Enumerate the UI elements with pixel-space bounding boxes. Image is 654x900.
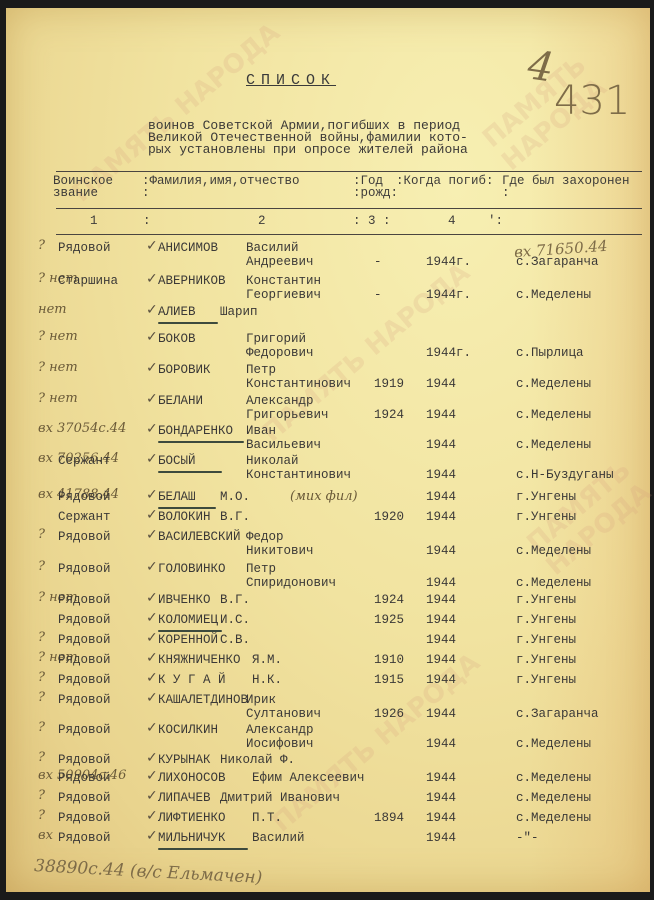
row-surname: БЕЛАНИ [158,395,203,408]
row-patronymic: Георгиевич [246,289,321,302]
row-death: 1944 [426,378,456,391]
row-burial: с.Меделены [516,409,591,422]
row-given-name: Ирик [246,694,276,707]
row-surname: ЛИПАЧЕВ [158,792,211,805]
row-note: ? [38,238,45,253]
row-death: 1944 [426,772,456,785]
row-given-name: Григорий [246,333,306,346]
row-death: 1944 [426,832,456,845]
header-name: :Фамилия,имя,отчество : [142,175,300,199]
row-surname: БОНДАРЕНКО [158,425,233,438]
row-burial: с.Н-Буздуганы [516,469,614,482]
numbers-rule [56,234,642,235]
row-rank: Сержант [58,455,111,468]
check-mark-icon: ✓ [146,391,158,407]
header-burial: Где был захоронен : [502,175,630,199]
row-given-name: В.Г. [220,594,250,607]
check-mark-icon: ✓ [146,768,158,784]
row-surname: АЛИЕВ [158,306,196,319]
row-death: 1944 [426,674,456,687]
row-surname: АНИСИМОВ [158,242,218,255]
row-burial: г.Унгены [516,654,576,667]
row-rank: Рядовой [58,491,111,504]
row-note: нет [38,302,67,317]
row-patronymic: Спиридонович [246,577,336,590]
check-mark-icon: ✓ [146,487,158,503]
check-mark-icon: ✓ [146,750,158,766]
check-mark-icon: ✓ [146,451,158,467]
row-rank: Рядовой [58,654,111,667]
colnum-sep: ': [488,215,503,227]
check-mark-icon: ✓ [146,271,158,287]
row-birth-year: 1894 [374,812,404,825]
row-rank: Рядовой [58,792,111,805]
check-mark-icon: ✓ [146,630,158,646]
row-birth-year: 1924 [374,409,404,422]
row-given-name: Иван [246,425,276,438]
row-burial: г.Унгены [516,614,576,627]
row-burial: с.Меделены [516,439,591,452]
row-given-name: Федор [246,531,284,544]
row-patronymic: Федорович [246,347,314,360]
row-given-name: Петр [246,563,276,576]
row-birth-year: 1919 [374,378,404,391]
row-surname: ЛИФТИЕНКО [158,812,226,825]
header-death: :Когда погиб: [396,175,494,187]
row-death: 1944 [426,634,456,647]
row-death: 1944 [426,577,456,590]
row-note: ? нет [38,329,78,344]
row-surname: ВАСИЛЕВСКИЙ [158,531,241,544]
row-patronymic: Григорьевич [246,409,329,422]
row-birth-year: 1926 [374,708,404,721]
row-patronymic: Иосифович [246,738,314,751]
colnum-4: 4 [448,215,456,227]
check-mark-icon: ✓ [146,527,158,543]
row-surname: ВОЛОКИН [158,511,211,524]
row-given-name: В.Г. [220,511,250,524]
check-mark-icon: ✓ [146,670,158,686]
row-rank: Рядовой [58,634,111,647]
row-surname: КАШАЛЕТДИНОВ [158,694,248,707]
row-given-name: Николай [246,455,299,468]
row-surname: ЛИХОНОСОВ [158,772,226,785]
row-surname: ИВЧЕНКО [158,594,211,607]
row-given-name: Василий [246,242,299,255]
sheet-number: 431 [554,78,630,124]
row-burial: с.Меделены [516,772,591,785]
row-note: ? [38,670,45,685]
handwritten-bottom-ref: 38890с.44 (в/с Ельмачен) [34,856,263,888]
row-burial: г.Унгены [516,511,576,524]
row-rank: Рядовой [58,674,111,687]
colnum-sep: : [143,215,151,227]
row-birth-year: 1925 [374,614,404,627]
row-surname: ГОЛОВИНКО [158,563,226,576]
header-birth-year: :Год :рожд: [353,175,398,199]
check-mark-icon: ✓ [146,507,158,523]
row-burial: с.Загаранча [516,708,599,721]
row-note: ? [38,630,45,645]
colnum-2: 2 [258,215,266,227]
row-rank: Рядовой [58,531,111,544]
row-burial: с.Загаранча [516,256,599,269]
row-rank: Рядовой [58,754,111,767]
row-patronymic: Васильевич [246,439,321,452]
row-rank: Рядовой [58,614,111,627]
check-mark-icon: ✓ [146,788,158,804]
ink-underline [158,848,248,850]
row-patronymic: Султанович [246,708,321,721]
row-surname: АВЕРНИКОВ [158,275,226,288]
row-burial: с.Пырлица [516,347,584,360]
row-surname: К У Г А Й [158,674,226,687]
page-top-number: 4 [525,42,557,91]
row-death: 1944 [426,812,456,825]
row-note: ? [38,559,45,574]
row-note: ? [38,808,45,823]
document-subtitle: воинов Советской Армии,погибших в период… [148,120,468,156]
row-surname: МИЛЬНИЧУК [158,832,226,845]
check-mark-icon: ✓ [146,559,158,575]
row-burial: г.Унгены [516,491,576,504]
header-rank: Воинское звание [53,175,113,199]
row-burial: -"- [516,832,539,845]
row-rank: Старшина [58,275,118,288]
row-note: вх [38,828,53,843]
check-mark-icon: ✓ [146,610,158,626]
row-surname: КОЛОМИЕЦ [158,614,218,627]
row-surname: КНЯЖНИЧЕНКО [158,654,241,667]
check-mark-icon: ✓ [146,720,158,736]
row-death: 1944 [426,614,456,627]
row-given-name: П.Т. [252,812,282,825]
row-rank: Рядовой [58,724,111,737]
row-death: 1944 [426,594,456,607]
row-death: 1944 [426,511,456,524]
row-death: 1944 [426,708,456,721]
row-death: 1944 [426,738,456,751]
row-patronymic: Константинович [246,378,351,391]
row-death: 1944 [426,792,456,805]
row-death: 1944г. [426,289,471,302]
check-mark-icon: ✓ [146,360,158,376]
check-mark-icon: ✓ [146,302,158,318]
row-given-name: Шарип [220,306,258,319]
row-given-name: Н.К. [252,674,282,687]
ink-underline [158,441,244,443]
row-surname: КОСИЛКИН [158,724,218,737]
row-rank: Рядовой [58,242,111,255]
row-birth-year: 1920 [374,511,404,524]
check-mark-icon: ✓ [146,590,158,606]
row-rank: Рядовой [58,812,111,825]
row-rank: Сержант [58,511,111,524]
ink-underline [158,322,218,324]
row-given-name: Константин [246,275,321,288]
row-death: 1944г. [426,347,471,360]
check-mark-icon: ✓ [146,238,158,254]
check-mark-icon: ✓ [146,828,158,844]
ink-underline [158,630,222,632]
row-given-name: М.О. [220,491,250,504]
row-given-name: С.В. [220,634,250,647]
row-given-name: Николай Ф. [220,754,295,767]
check-mark-icon: ✓ [146,329,158,345]
check-mark-icon: ✓ [146,650,158,666]
table-top-rule [56,171,642,172]
row-given-name: Василий [252,832,305,845]
row-patronymic: Андреевич [246,256,314,269]
row-note: ? [38,788,45,803]
row-death: 1944 [426,469,456,482]
check-mark-icon: ✓ [146,421,158,437]
row-burial: с.Меделены [516,378,591,391]
row-given-name: Александр [246,395,314,408]
row-burial: г.Унгены [516,634,576,647]
ink-underline [158,507,216,509]
row-surname: БОРОВИК [158,364,211,377]
row-death: 1944 [426,409,456,422]
document-page: ПАМЯТЬ НАРОДА ПАМЯТЬ НАРОДА ПАМЯТЬ НАРОД… [6,8,650,892]
row-note: вх 37054с.44 [38,421,126,436]
row-given-name: Я.М. [252,654,282,667]
row-burial: с.Меделены [516,812,591,825]
colnum-1: 1 [90,215,98,227]
row-surname: КОРЕННОЙ [158,634,218,647]
row-rank: Рядовой [58,772,111,785]
row-given-name: Петр [246,364,276,377]
row-note: ? [38,720,45,735]
row-burial: с.Меделены [516,792,591,805]
row-surname: КУРЫНАК [158,754,211,767]
row-death: 1944г. [426,256,471,269]
row-burial: с.Меделены [516,545,591,558]
row-surname: БЕЛАШ [158,491,196,504]
row-given-name: Ефим Алексеевич [252,772,365,785]
colnum-3: : 3 : [353,215,391,227]
row-death: 1944 [426,654,456,667]
row-birth-year: 1915 [374,674,404,687]
ink-underline [158,471,222,473]
row-note: ? [38,750,45,765]
row-given-name: Александр [246,724,314,737]
row-birth-year: 1910 [374,654,404,667]
row-burial: г.Унгены [516,674,576,687]
row-note: ? [38,527,45,542]
row-burial: г.Унгены [516,594,576,607]
row-rank: Рядовой [58,563,111,576]
row-burial: с.Меделены [516,577,591,590]
row-rank: Рядовой [58,832,111,845]
row-patronymic: Константинович [246,469,351,482]
row-surname: БОКОВ [158,333,196,346]
header-rule [56,208,642,209]
row-burial: с.Меделены [516,289,591,302]
row-birth-year: - [374,289,382,302]
row-birth-year: - [374,256,382,269]
row-burial: с.Меделены [516,738,591,751]
row-given-name: Дмитрий Иванович [220,792,340,805]
row-note: ? нет [38,391,78,406]
row-rank: Рядовой [58,594,111,607]
row-birth-year: 1924 [374,594,404,607]
row-rank: Рядовой [58,694,111,707]
row-death: 1944 [426,545,456,558]
row-note: ? [38,690,45,705]
row-patronymic: Никитович [246,545,314,558]
document-title: СПИСОК [246,72,336,89]
row-death: 1944 [426,439,456,452]
row-annotation: (мих фил) [290,489,358,504]
row-death: 1944 [426,491,456,504]
check-mark-icon: ✓ [146,690,158,706]
row-given-name: И.С. [220,614,250,627]
row-note: ? нет [38,360,78,375]
check-mark-icon: ✓ [146,808,158,824]
row-surname: БОСЫЙ [158,455,196,468]
